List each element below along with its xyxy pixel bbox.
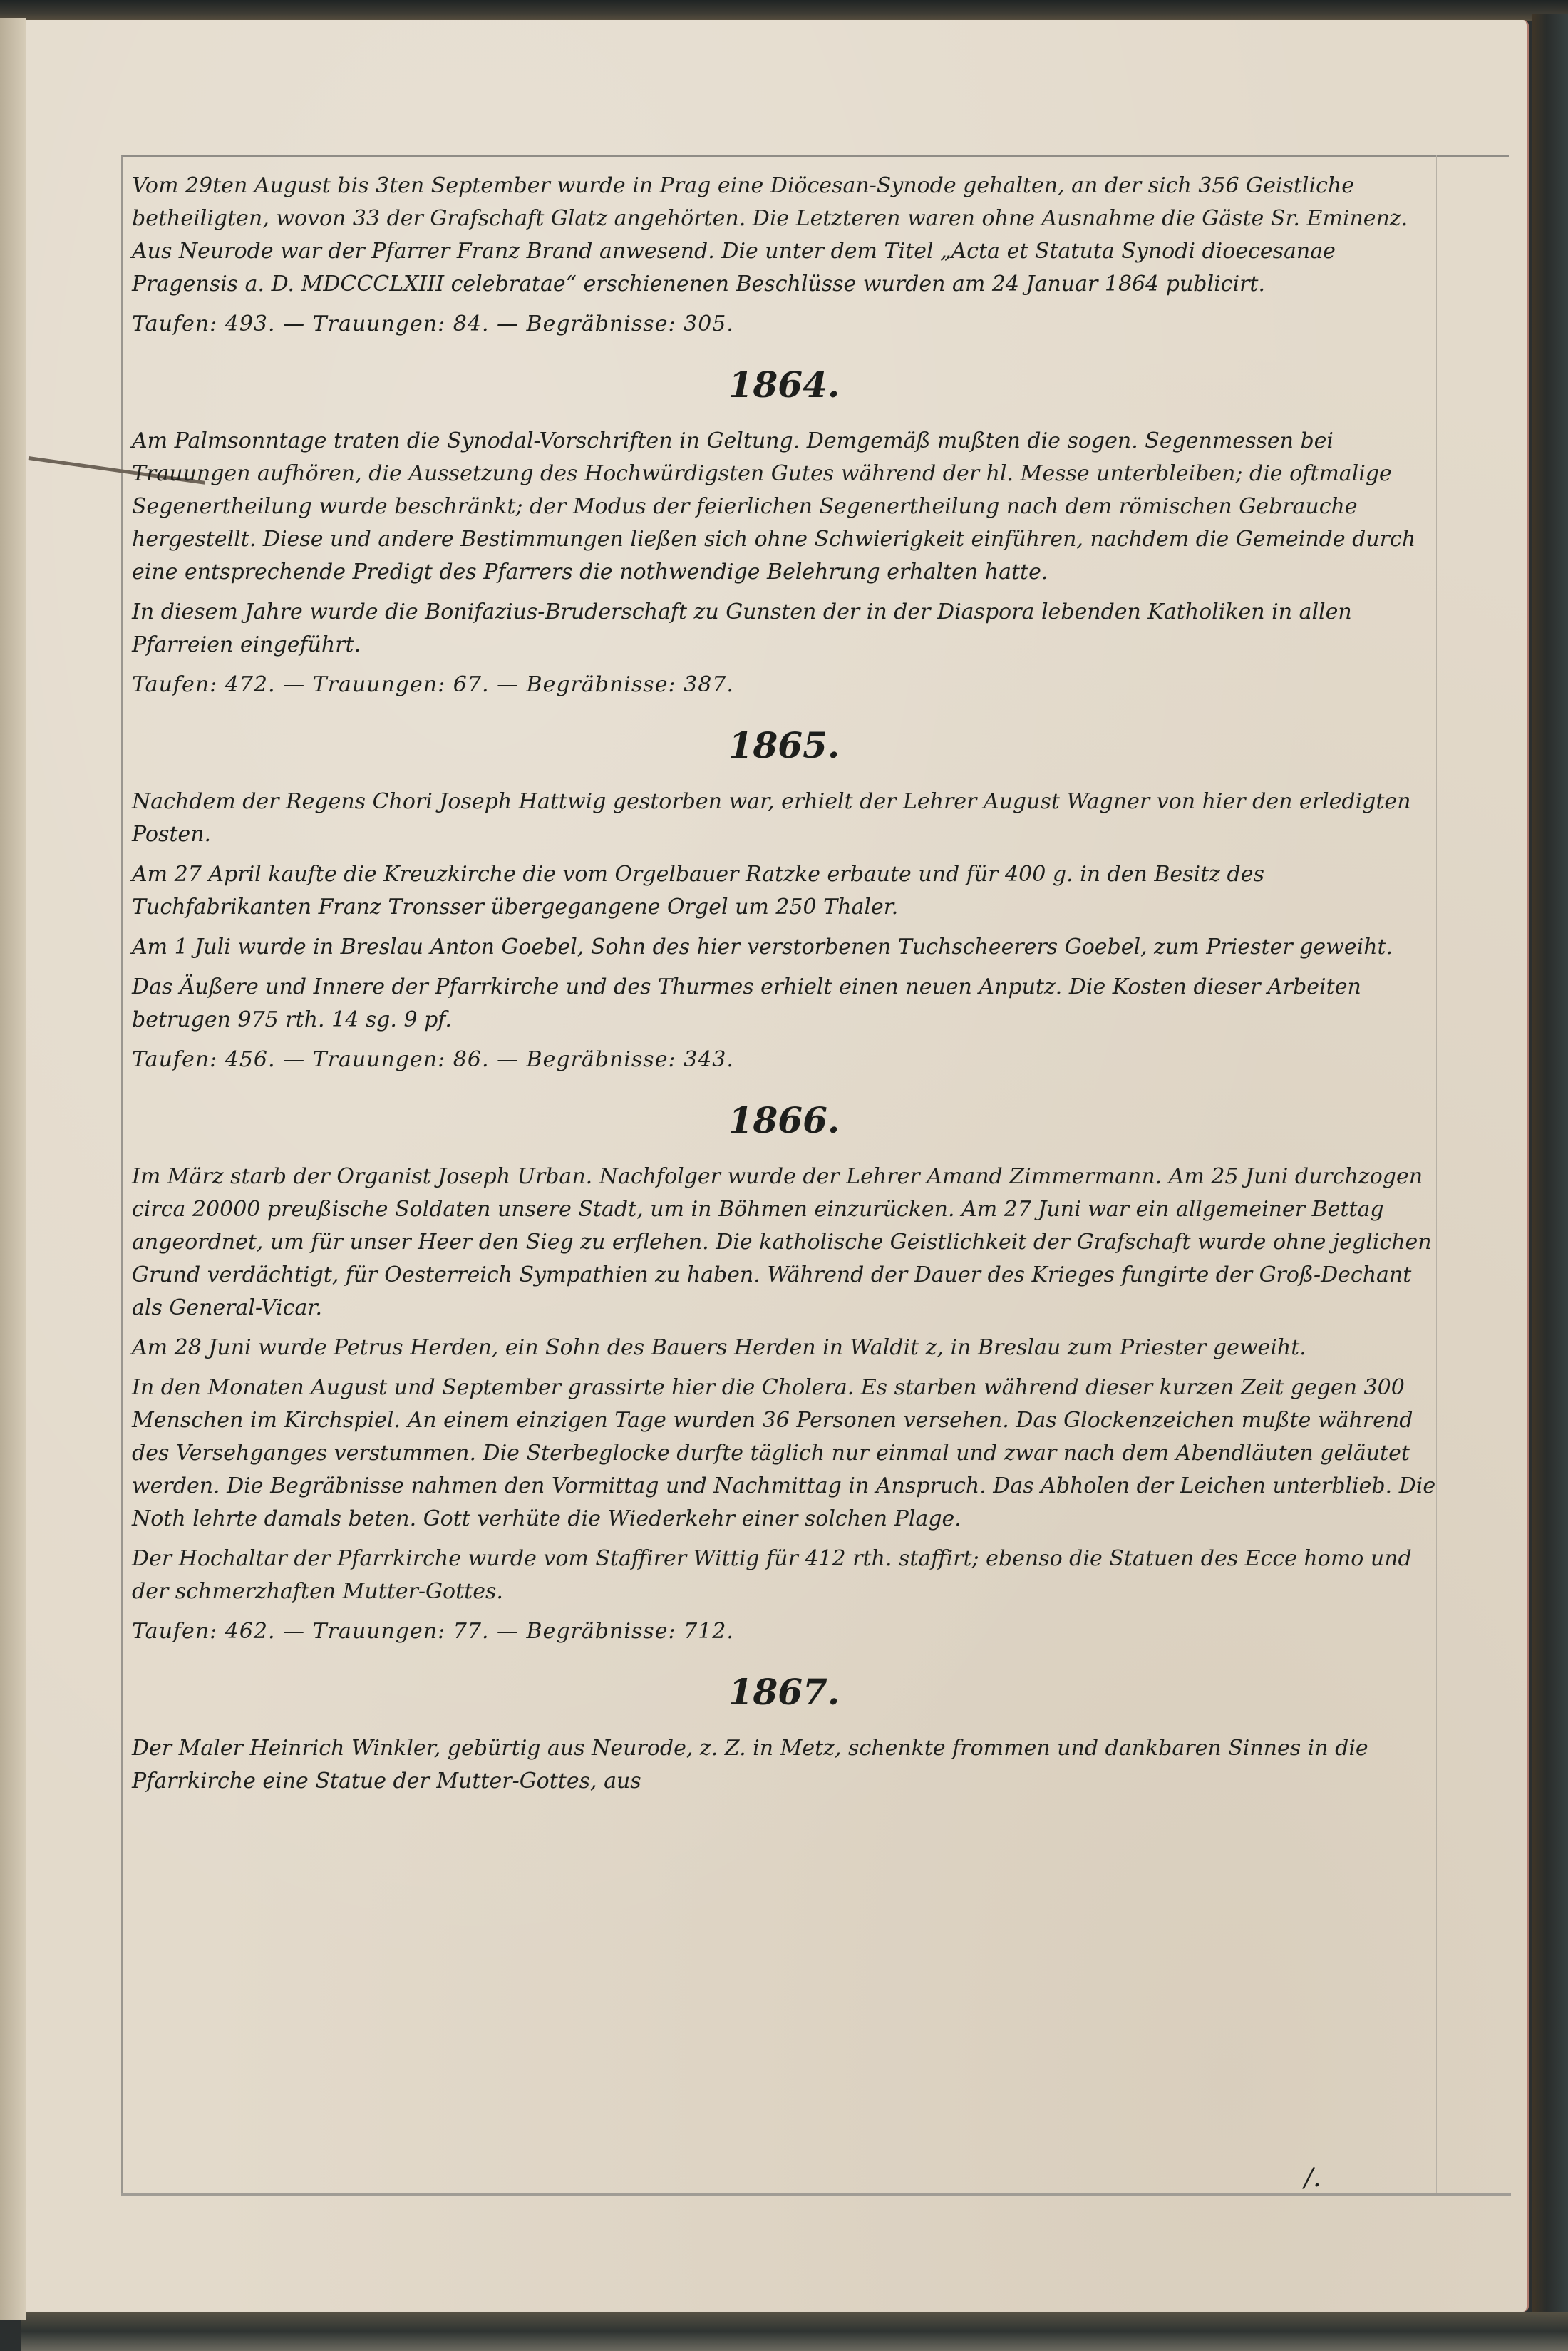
baptisms-count: 456 [225, 1047, 268, 1072]
section-1863-continuation: Vom 29ten August bis 3ten September wurd… [132, 170, 1436, 341]
burials-label: Begräbnisse [527, 672, 669, 697]
facing-page-edge [0, 18, 26, 2320]
paragraph: Das Äußere und Innere der Pfarrkirche un… [132, 971, 1436, 1036]
burials-label: Begräbnisse [527, 312, 669, 336]
baptisms-count: 472 [225, 672, 268, 697]
yearly-statistics: Taufen: 462. — Trauungen: 77. — Begräbni… [132, 1615, 1436, 1648]
marriages-label: Trauungen [313, 312, 438, 336]
section-1866: 1866. Im März starb der Organist Joseph … [132, 1099, 1436, 1648]
year-heading: 1865. [132, 724, 1436, 767]
burials-count: 343 [684, 1047, 726, 1072]
marriages-label: Trauungen [313, 672, 438, 697]
paragraph: Am 28 Juni wurde Petrus Herden, ein Sohn… [132, 1332, 1436, 1364]
chronicle-text: Vom 29ten August bis 3ten September wurd… [132, 170, 1436, 1805]
burials-count: 712 [684, 1619, 726, 1644]
section-1867: 1867. Der Maler Heinrich Winkler, gebürt… [132, 1671, 1436, 1798]
paragraph: In diesem Jahre wurde die Bonifazius-Bru… [132, 596, 1436, 662]
paragraph: Am 27 April kaufte die Kreuzkirche die v… [132, 858, 1436, 924]
burials-label: Begräbnisse [527, 1619, 669, 1644]
burials-count: 387 [684, 672, 726, 697]
book-binding-right [1532, 14, 1568, 2351]
year-heading: 1864. [132, 364, 1436, 406]
pencil-right-rule [1436, 155, 1437, 2193]
marriages-label: Trauungen [313, 1047, 438, 1072]
baptisms-count: 493 [225, 312, 268, 336]
burials-count: 305 [684, 312, 726, 336]
continuation-mark: /. [1304, 2164, 1321, 2193]
yearly-statistics: Taufen: 472. — Trauungen: 67. — Begräbni… [132, 669, 1436, 701]
marriages-count: 67 [453, 672, 482, 697]
baptisms-label: Taufen [132, 312, 210, 336]
yearly-statistics: Taufen: 456. — Trauungen: 86. — Begräbni… [132, 1044, 1436, 1076]
marriages-count: 77 [453, 1619, 482, 1644]
burials-label: Begräbnisse [527, 1047, 669, 1072]
yearly-statistics: Taufen: 493. — Trauungen: 84. — Begräbni… [132, 308, 1436, 341]
baptisms-label: Taufen [132, 1047, 210, 1072]
section-1865: 1865. Nachdem der Regens Chori Joseph Ha… [132, 724, 1436, 1076]
book-binding-bottom [21, 2312, 1568, 2351]
marriages-count: 84 [453, 312, 482, 336]
year-heading: 1867. [132, 1671, 1436, 1714]
paragraph: Der Maler Heinrich Winkler, gebürtig aus… [132, 1732, 1436, 1798]
book-binding-top [0, 0, 1568, 21]
marriages-count: 86 [453, 1047, 482, 1072]
paragraph: Im März starb der Organist Joseph Urban.… [132, 1161, 1436, 1324]
paragraph: Vom 29ten August bis 3ten September wurd… [132, 170, 1436, 301]
paragraph: In den Monaten August und September gras… [132, 1372, 1436, 1535]
pencil-bottom-rule [121, 2193, 1511, 2196]
year-heading: 1866. [132, 1099, 1436, 1142]
paragraph: Nachdem der Regens Chori Joseph Hattwig … [132, 786, 1436, 851]
baptisms-count: 462 [225, 1619, 268, 1644]
marriages-label: Trauungen [313, 1619, 438, 1644]
paragraph: Am 1 Juli wurde in Breslau Anton Goebel,… [132, 931, 1436, 964]
paragraph: Der Hochaltar der Pfarrkirche wurde vom … [132, 1543, 1436, 1608]
baptisms-label: Taufen [132, 672, 210, 697]
paragraph: Am Palmsonntage traten die Synodal-Vorsc… [132, 425, 1436, 589]
baptisms-label: Taufen [132, 1619, 210, 1644]
section-1864: 1864. Am Palmsonntage traten die Synodal… [132, 364, 1436, 701]
